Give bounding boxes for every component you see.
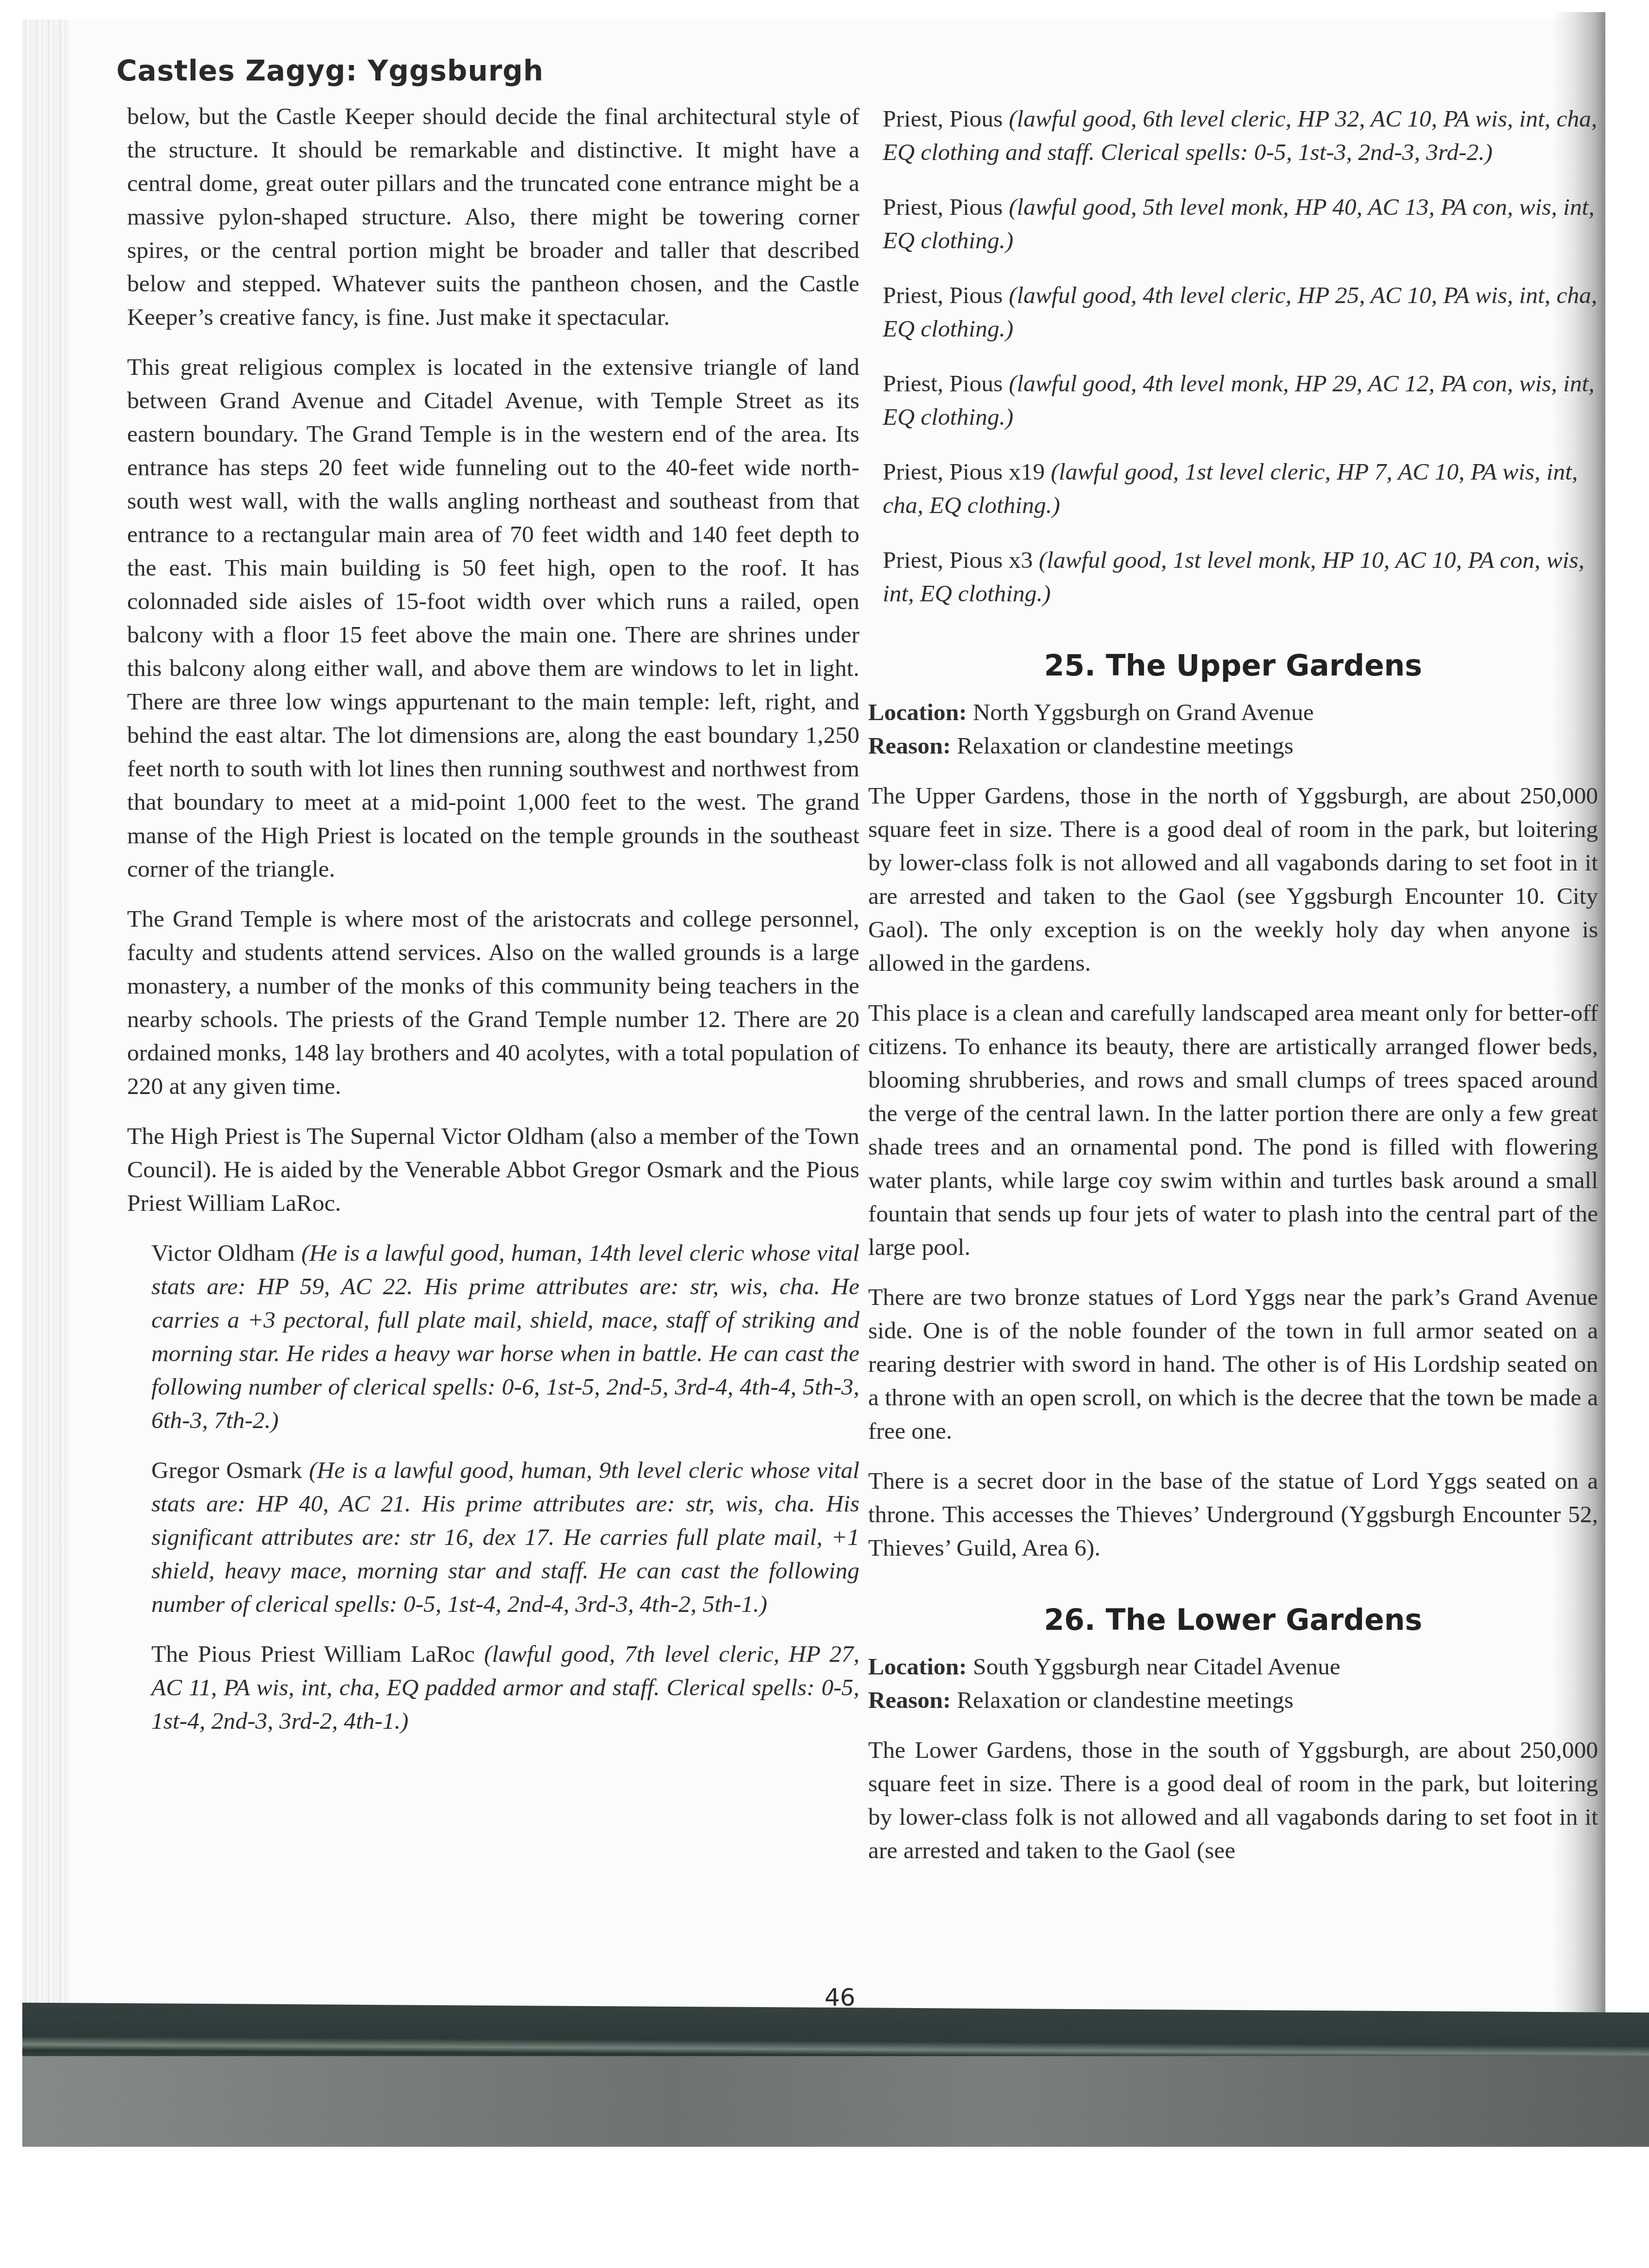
priest-name: Priest, Pious [883, 370, 1003, 397]
paragraph: The High Priest is The Supernal Victor O… [127, 1119, 859, 1220]
location-label: Location: [868, 699, 967, 725]
paragraph: This great religious complex is located … [127, 350, 859, 885]
running-head: Castles Zagyg: Yggsburgh [116, 54, 544, 87]
priest-name: Priest, Pious [883, 282, 1003, 308]
npc-stat-block: The Pious Priest William LaRoc (lawful g… [127, 1637, 859, 1737]
section-meta: Location: North Yggsburgh on Grand Avenu… [868, 695, 1598, 762]
priest-stat-block: Priest, Pious x19 (lawful good, 1st leve… [868, 455, 1598, 522]
priest-name: Priest, Pious x3 [883, 547, 1033, 573]
priest-name: Priest, Pious [883, 105, 1003, 132]
npc-name: Gregor Osmark [151, 1457, 302, 1483]
npc-stat-block: Gregor Osmark (He is a lawful good, huma… [127, 1453, 859, 1621]
paragraph: below, but the Castle Keeper should deci… [127, 99, 859, 334]
paragraph: There is a secret door in the base of th… [868, 1464, 1598, 1564]
reason-value: Relaxation or clandestine meetings [957, 1687, 1293, 1713]
location-value: North Yggsburgh on Grand Avenue [973, 699, 1314, 725]
page-stack-edge [22, 19, 68, 2020]
left-column: below, but the Castle Keeper should deci… [127, 99, 859, 1754]
paragraph: The Lower Gardens, those in the south of… [868, 1733, 1598, 1867]
priest-stat-block: Priest, Pious (lawful good, 4th level cl… [868, 278, 1598, 345]
reason-label: Reason: [868, 1687, 951, 1713]
right-column: Priest, Pious (lawful good, 6th level cl… [868, 102, 1598, 1883]
priest-stat-block: Priest, Pious x3 (lawful good, 1st level… [868, 543, 1598, 610]
priest-stat-block: Priest, Pious (lawful good, 6th level cl… [868, 102, 1598, 169]
npc-stat-block: Victor Oldham (He is a lawful good, huma… [127, 1236, 859, 1437]
reason-value: Relaxation or clandestine meetings [957, 732, 1293, 759]
npc-stats: (He is a lawful good, human, 14th level … [151, 1239, 859, 1433]
npc-name: Victor Oldham [151, 1239, 295, 1266]
section-heading-upper-gardens: 25. The Upper Gardens [868, 649, 1598, 683]
paragraph: The Upper Gardens, those in the north of… [868, 779, 1598, 980]
priest-name: Priest, Pious x19 [883, 458, 1045, 485]
reason-label: Reason: [868, 732, 951, 759]
location-label: Location: [868, 1653, 967, 1680]
paragraph: The Grand Temple is where most of the ar… [127, 902, 859, 1103]
priest-stat-block: Priest, Pious (lawful good, 4th level mo… [868, 367, 1598, 434]
section-heading-lower-gardens: 26. The Lower Gardens [868, 1603, 1598, 1637]
scanner-bed [22, 2056, 1649, 2147]
priest-stat-block: Priest, Pious (lawful good, 5th level mo… [868, 190, 1598, 257]
location-value: South Yggsburgh near Citadel Avenue [973, 1653, 1341, 1680]
section-meta: Location: South Yggsburgh near Citadel A… [868, 1650, 1598, 1717]
priest-name: Priest, Pious [883, 193, 1003, 220]
npc-name: The Pious Priest William LaRoc [151, 1641, 475, 1667]
paragraph: This place is a clean and carefully land… [868, 996, 1598, 1264]
paragraph: There are two bronze statues of Lord Ygg… [868, 1280, 1598, 1448]
